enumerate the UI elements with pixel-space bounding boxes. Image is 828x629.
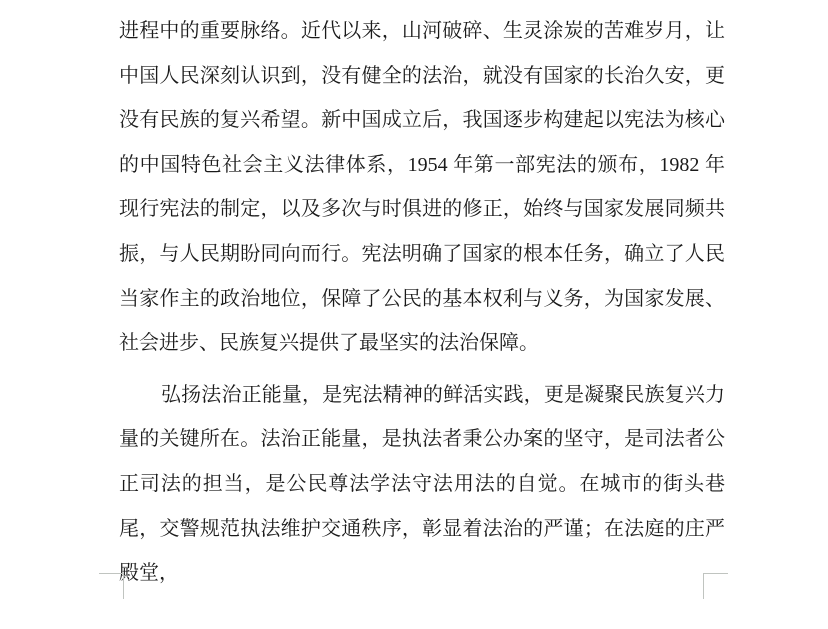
text-boundary-mark-bottom-right <box>703 573 728 599</box>
text-boundary-mark-bottom-left <box>99 573 124 599</box>
paragraph-indented[interactable]: 弘扬法治正能量，是宪法精神的鲜活实践，更是凝聚民族复兴力量的关键所在。法治正能量… <box>119 373 725 596</box>
document-text-area[interactable]: 进程中的重要脉络。近代以来，山河破碎、生灵涂炭的苦难岁月，让中国人民深刻认识到，… <box>119 9 725 596</box>
document-page: 进程中的重要脉络。近代以来，山河破碎、生灵涂炭的苦难岁月，让中国人民深刻认识到，… <box>0 0 828 629</box>
paragraph-continuation[interactable]: 进程中的重要脉络。近代以来，山河破碎、生灵涂炭的苦难岁月，让中国人民深刻认识到，… <box>119 9 725 366</box>
